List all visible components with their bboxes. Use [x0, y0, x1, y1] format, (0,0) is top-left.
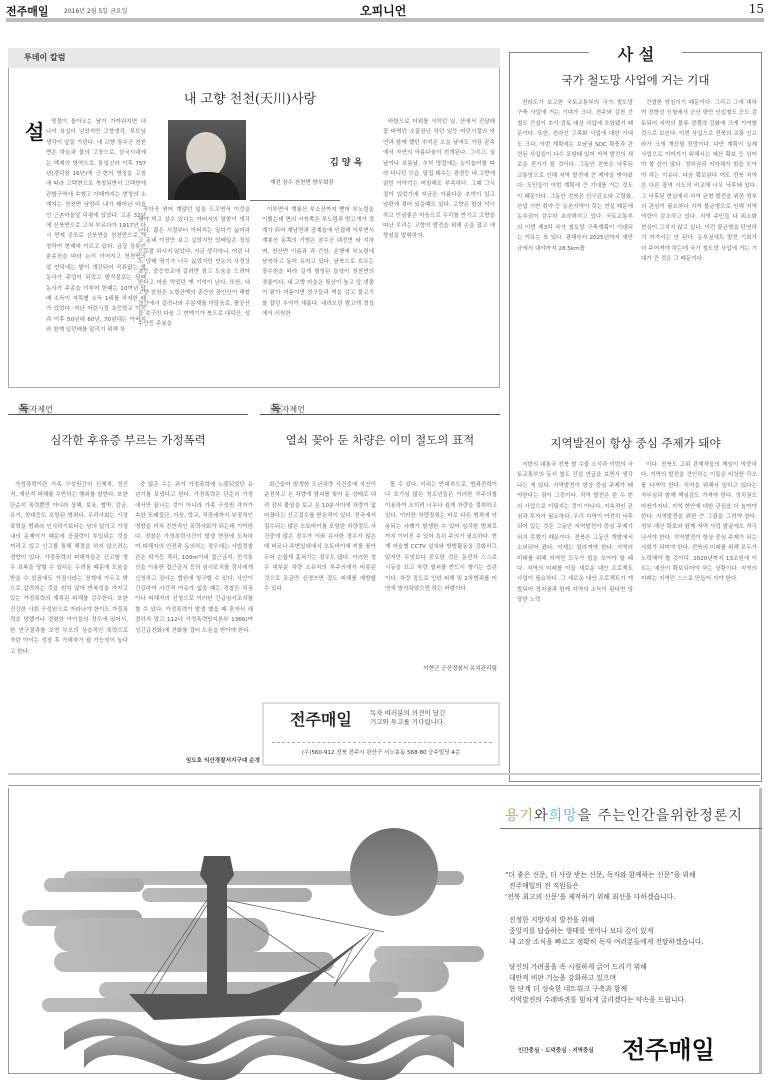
reader-right-signature: 이현근 군산경찰서 유치관리팀: [385, 664, 497, 674]
editorial-headline-2: 지역발전이 항상 중심 주제가 돼야: [509, 435, 762, 451]
ship-illustration: [14, 810, 494, 1080]
reader-right-rule: [260, 414, 500, 415]
page-number: 15: [749, 2, 764, 16]
today-column-text-1: 명절이 돌아오는 날이 가까워지면 내 나이 육십이 넘었지만 고향생각, 부모…: [46, 117, 146, 385]
ad-address: (우)560-912 전북 전주시 완산구 서노송동 568-80 승주빌딩 4…: [262, 748, 500, 756]
ad-logo: 전주매일: [290, 707, 352, 730]
masthead: 전주매일 2016년 2월 5일 금요일 오피니언 15: [0, 0, 770, 22]
ad-divider: [272, 742, 492, 743]
author-name: 김 양 옥: [330, 155, 362, 168]
dropcap: 설: [25, 116, 44, 145]
issue-date: 2016년 2월 5일 금요일: [64, 6, 127, 15]
bottom-rule-1: [8, 773, 760, 775]
today-column-text-2: 곡차곡 엮어 계않던 일을 도우면서 이것을 해야 먹고 살수 있다는 아버지의…: [138, 205, 250, 385]
author-photo: [168, 120, 246, 200]
author-divider: [250, 200, 340, 201]
reader-left-rule: [8, 414, 248, 415]
author-suit-shape: [174, 172, 240, 200]
editorial-top-rule-left: [509, 52, 589, 53]
pledge-group-2: 진정한 지방자치 발전을 위해 중앙지를 답습하는 형태를 벗어나 보다 깊이 …: [505, 915, 704, 948]
footer-motto: 인간중심 · 도덕중심 · 지역중심: [518, 1046, 594, 1054]
editorial-2-text-1: 저번의 대통국 전북 쌀 수출 소식과 이번의 국토교통부의 동서 철도 건설 …: [517, 460, 633, 776]
editorial-2-text-2: 이다. 전북도 고위 관계자들의 책임이 막중하다. 지역의 발전을 견인하는 …: [641, 460, 757, 776]
pledge-group-3: 당신의 가려움을 속 시원하게 긁어 드리기 위해 대안적 비판 기능을 강화하…: [505, 962, 686, 1006]
reader-right-text-2: 볼 수 있다. 이외는 반대적으로, 범죄전력이나 호기심 많은 청소년들은 이…: [385, 480, 497, 660]
reader-left-text-1: 가정폭력이란 가족 구성원간의 신체적, 정신적, 재산적 피해를 수반하는 행…: [10, 480, 128, 770]
today-column-text-4: 바탕으로 더위를 식히던 일, 산에서 진달래꽃 따먹던 소꿉장난 하던 일등 …: [383, 117, 495, 385]
masthead-rule: [6, 18, 764, 22]
ad-text: 독자 여러분의 의견이 담긴 기고와 투고를 기다립니다.: [370, 709, 445, 727]
reader-right-headline: 열쇠 꽂아 둔 차량은 이미 절도의 표적: [260, 432, 500, 448]
editorial-label: 사 설: [590, 42, 682, 65]
footer-logo: 전주매일: [622, 1030, 715, 1065]
reader-left-signature: 임도호 익산경찰서지구대 순경: [165, 756, 260, 766]
reader-left-text-2: 중 많은 수는 과거 가정폭력에 노출되었던 유년기를 보냈다고 한다. 가정폭…: [135, 480, 253, 750]
section-title: 오피니언: [360, 2, 406, 19]
slogan: 용기와희망을 주는인간을위한정론지: [505, 805, 743, 825]
reader-right-tab: 독자제언: [270, 400, 305, 415]
author-role: 재전 장수 천천면 향우회장: [270, 178, 334, 186]
reader-right-text-1: 최근들어 발생한 도난차량 사건중에 자신이 운전하고 온 차량에 열쇠를 꽂아…: [264, 480, 376, 660]
editorial-1-text-2: 건설한 방침이기 때문이다. 그리고 그에 대하여 전향선 신청에서 군산 항만…: [641, 98, 757, 382]
today-column-label: 투데이 칼럼: [24, 52, 65, 63]
reader-left-tab: 독자제언: [18, 400, 53, 415]
pledge-group-1: “더 좋은 신문, 더 사랑 받는 신문, 독자와 함께하는 신문”을 위해 전…: [505, 870, 696, 903]
slogan-rule: [500, 828, 762, 829]
today-column-text-3: 이루면서 계룡산 부소산까지 뻗어 부노령을 이뤘는데 면의 서북쪽은 부노령과…: [262, 205, 374, 385]
reader-left-headline: 심각한 후유증 부르는 가정폭력: [8, 432, 248, 448]
today-column-title: 내 고향 천천(天川)사랑: [0, 88, 500, 107]
editorial-1-text-1: 전라도가 보고한 국토교통부의 국가 철도망 구축 사업에 거는 기대가 크다.…: [517, 98, 633, 382]
editorial-top-rule-right: [682, 52, 762, 53]
today-column-header-bar: [8, 48, 500, 68]
editorial-headline-1: 국가 철도망 사업에 거는 기대: [509, 72, 762, 88]
bottom-rule-2: [8, 785, 760, 786]
masthead-logo: 전주매일: [6, 3, 49, 19]
